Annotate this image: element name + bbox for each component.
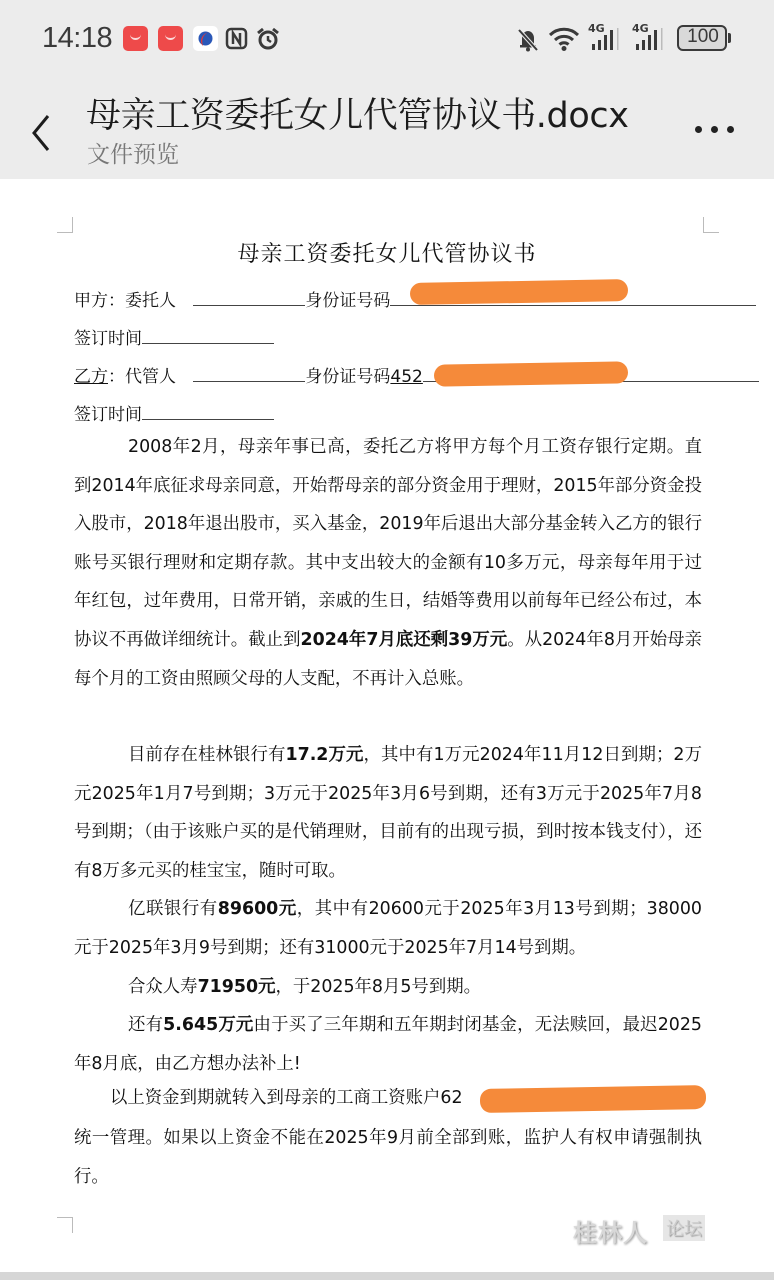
more-options-button[interactable] xyxy=(690,108,740,148)
amount-highlight: 5.645万元 xyxy=(163,1015,253,1035)
huawei-app-icon xyxy=(123,26,148,51)
alarm-icon xyxy=(255,26,280,51)
silent-bell-icon xyxy=(515,26,540,51)
document-preview[interactable]: 母亲工资委托女儿代管协议书 甲方：委托人 身份证号码 签订时间 乙方：代管人 身… xyxy=(0,179,774,1272)
page-corner-mark xyxy=(57,217,73,233)
amount-highlight: 17.2万元 xyxy=(286,745,364,765)
status-bar: 14:18 4G 4G 100 xyxy=(0,0,774,80)
nfc-icon xyxy=(224,26,249,51)
paragraph-history: 2008年2月，母亲年事已高，委托乙方将甲方每个月工资存银行定期。直到2014年… xyxy=(74,428,702,698)
redaction-mark xyxy=(434,361,628,386)
forum-watermark: 桂林人 论坛 xyxy=(573,1213,723,1263)
party-b-label: 乙方 xyxy=(74,367,108,387)
party-a-sign-blank xyxy=(142,328,274,344)
party-a-id-label: 身份证号码 xyxy=(305,291,390,311)
amount-highlight: 71950元 xyxy=(198,977,276,997)
paragraph-guilin-bank: 目前存在桂林银行有17.2万元，其中有1万元2024年11月12日到期；2万元2… xyxy=(74,736,702,890)
page-corner-mark xyxy=(703,217,719,233)
balance-highlight: 2024年7月底还剩39万元 xyxy=(301,630,508,650)
paragraph-yilian-bank: 亿联银行有89600元，其中有20600元于2025年3月13号到期；38000… xyxy=(74,890,702,967)
party-b-sign-line: 签订时间 xyxy=(74,400,274,425)
redaction-mark xyxy=(410,279,628,305)
bottom-edge xyxy=(0,1272,774,1280)
amount-highlight: 89600元 xyxy=(218,899,297,919)
party-a-name-blank xyxy=(193,290,305,306)
battery-icon: 100 xyxy=(677,25,733,52)
party-b-id-label: 身份证号码 xyxy=(305,367,390,387)
paragraph-closed-fund: 还有5.645万元由于买了三年期和五年期封闭基金，无法赎回，最迟2025年8月底… xyxy=(74,1006,702,1083)
chevron-left-icon xyxy=(24,106,60,156)
party-a-label: 甲方：委托人 xyxy=(74,291,176,311)
browser-app-icon xyxy=(193,26,218,51)
status-time: 14:18 xyxy=(42,22,112,55)
huawei-app-icon xyxy=(158,26,183,51)
party-b-name-blank xyxy=(193,366,305,382)
4g-signal-icon: 4G xyxy=(588,26,622,51)
party-a-sign-label: 签订时间 xyxy=(74,329,142,349)
party-b-sign-label: 签订时间 xyxy=(74,405,142,425)
party-b-sign-blank xyxy=(142,404,274,420)
app-header: 母亲工资委托女儿代管协议书.docx 文件预览 xyxy=(0,80,774,179)
document-title: 母亲工资委托女儿代管协议书 xyxy=(0,237,774,268)
paragraph-transfer-cont: 统一管理。如果以上资金不能在2025年9月前全部到账，监护人有权申请强制执行。 xyxy=(74,1119,702,1196)
wifi-icon xyxy=(548,26,580,51)
file-subtitle: 文件预览 xyxy=(87,136,179,169)
party-a-sign-line: 签订时间 xyxy=(74,324,274,349)
4g-signal-icon: 4G xyxy=(632,26,666,51)
party-b-line: 乙方：代管人 身份证号码452 xyxy=(74,362,759,387)
back-button[interactable] xyxy=(24,106,60,156)
party-b-id-value: 452 xyxy=(390,367,422,387)
paragraph-insurance: 合众人寿71950元，于2025年8月5号到期。 xyxy=(74,968,702,1007)
redaction-mark xyxy=(480,1085,706,1113)
file-title: 母亲工资委托女儿代管协议书.docx xyxy=(86,88,629,138)
page-corner-mark xyxy=(57,1217,73,1233)
